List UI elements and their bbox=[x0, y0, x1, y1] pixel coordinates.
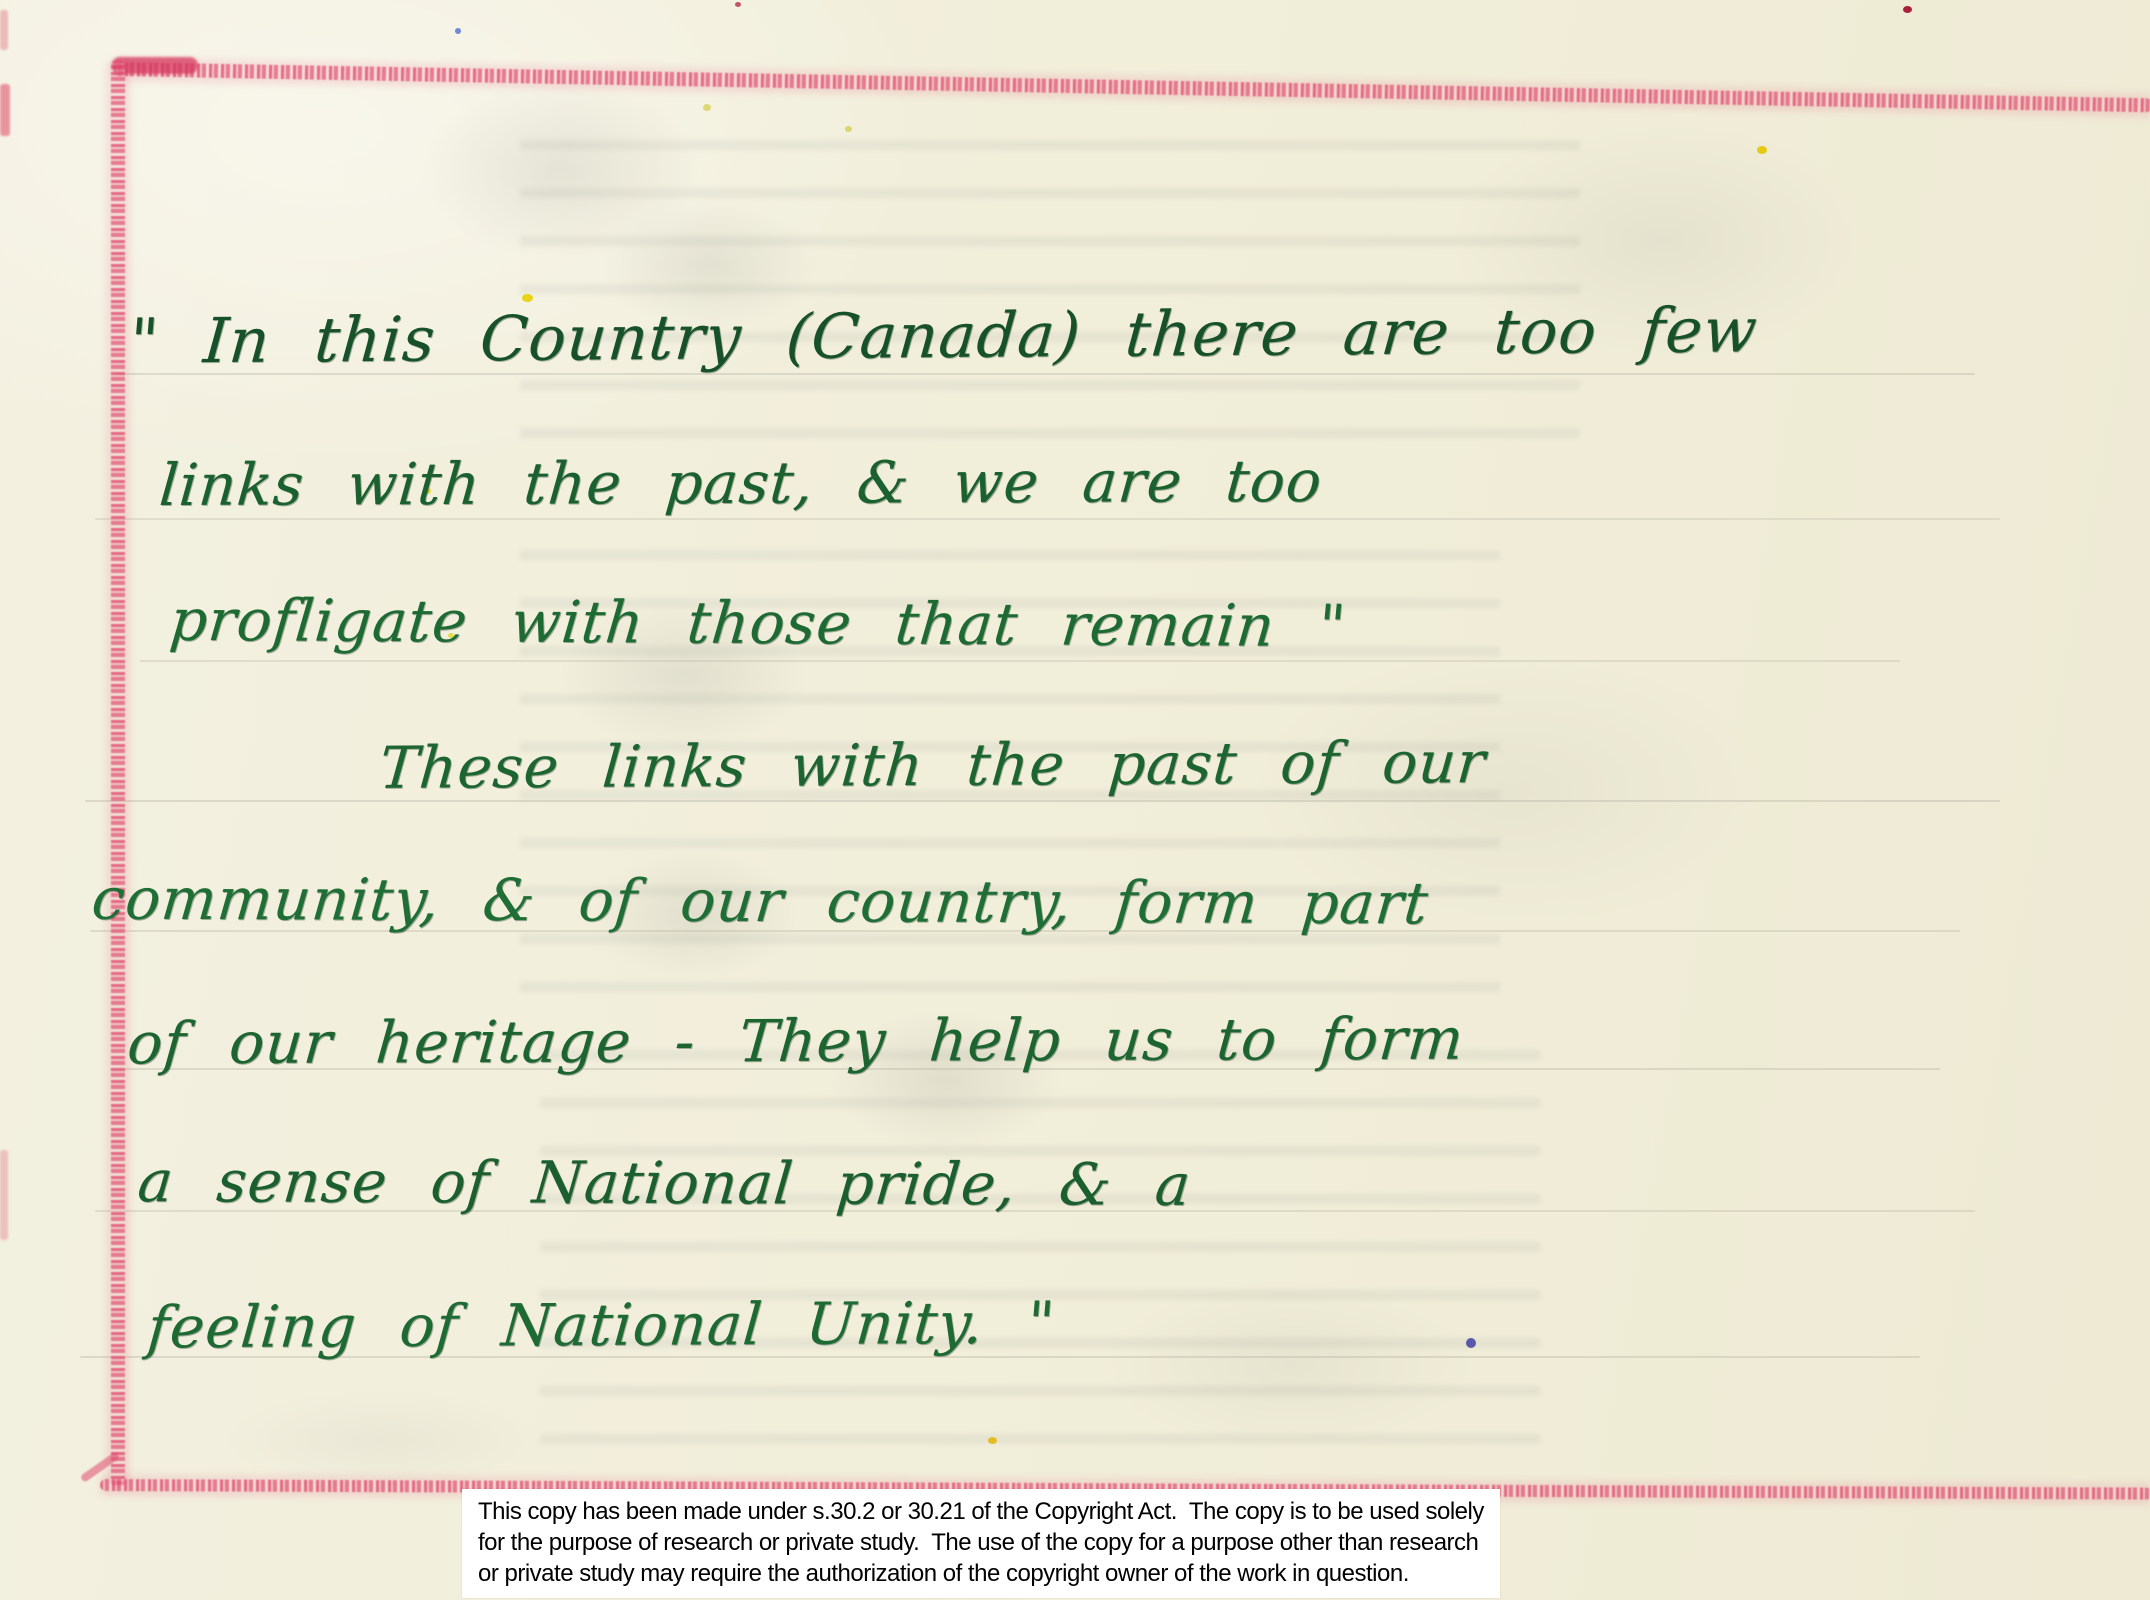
copyright-notice-line: for the purpose of research or private s… bbox=[478, 1527, 1484, 1558]
crayon-border-top bbox=[113, 62, 2150, 112]
ruled-line bbox=[95, 518, 2000, 520]
scanned-manuscript-page: " In this Country (Canada) there are too… bbox=[0, 0, 2150, 1600]
paper-smudge bbox=[220, 1390, 540, 1490]
edge-red-streak bbox=[0, 10, 8, 50]
ruled-line bbox=[140, 660, 1900, 662]
handwritten-line: feeling of National Unity. " bbox=[145, 1290, 1058, 1361]
copyright-notice-line: or private study may require the authori… bbox=[478, 1558, 1484, 1589]
paper-smudge bbox=[1100, 1280, 1480, 1450]
ruled-line bbox=[85, 800, 2000, 802]
handwritten-line: a sense of National pride, & a bbox=[135, 1148, 1194, 1218]
copyright-notice: This copy has been made under s.30.2 or … bbox=[462, 1489, 1500, 1598]
copyright-notice-line: This copy has been made under s.30.2 or … bbox=[478, 1496, 1484, 1527]
yellow-speck bbox=[1757, 146, 1767, 154]
red-speck bbox=[735, 2, 741, 7]
crayon-border-left bbox=[111, 60, 125, 1488]
yellow-speck bbox=[522, 294, 533, 302]
handwritten-line: community, & of our country, form part bbox=[89, 866, 1431, 937]
yellow-speck bbox=[988, 1437, 997, 1444]
handwritten-line: " In this Country (Canada) there are too… bbox=[127, 294, 1761, 377]
handwritten-line: of our heritage - They help us to form bbox=[125, 1006, 1467, 1077]
blue-speck bbox=[455, 28, 461, 34]
handwritten-line: These links with the past of our bbox=[377, 729, 1488, 801]
handwritten-line: links with the past, & we are too bbox=[157, 448, 1325, 519]
handwritten-line: profligate with those that remain " bbox=[167, 587, 1349, 660]
edge-red-streak bbox=[0, 1150, 8, 1240]
red-speck bbox=[1903, 6, 1912, 13]
blue-ink-dot bbox=[1466, 1338, 1476, 1348]
yellow-speck bbox=[703, 104, 711, 111]
edge-red-streak bbox=[0, 84, 10, 136]
yellow-speck bbox=[845, 126, 852, 132]
